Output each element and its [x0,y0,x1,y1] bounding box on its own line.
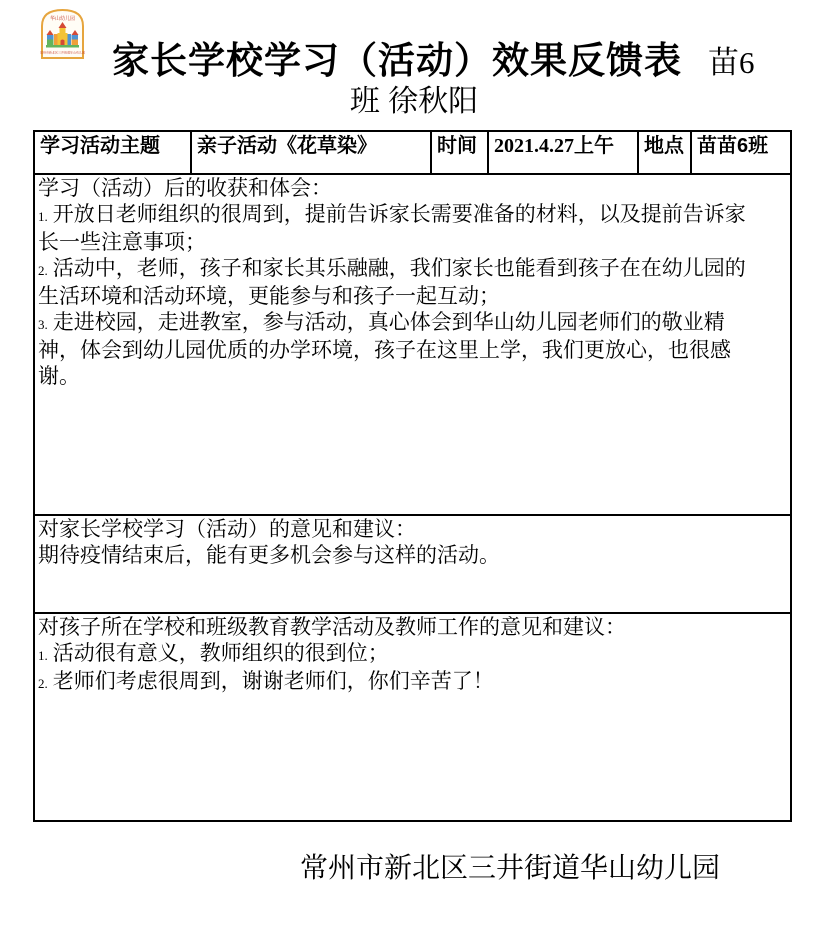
school-feedback-row: 对孩子所在学校和班级教育教学活动及教师工作的意见和建议： 1.活动很有意义，教师… [34,613,791,821]
page-title-text: 家长学校学习（活动）效果反馈表 [112,40,682,81]
title-block: 家长学校学习（活动）效果反馈表苗6 班 徐秋阳 [0,40,828,119]
theme-label-cell: 学习活动主题 [34,131,191,174]
activity-feedback-row: 对家长学校学习（活动）的意见和建议： 期待疫情结束后，能有更多机会参与这样的活动… [34,515,791,613]
document-page: 华山幼儿园 常州市新北区三井街道华山幼儿园 家长学校学习（活动）效果反馈表苗6 … [0,0,828,941]
time-value-cell: 2021.4.27上午 [488,131,638,174]
theme-value-cell: 亲子活动《花草染》 [191,131,431,174]
gains-item-1: 1.开放日老师组织的很周到，提前告诉家长需要准备的材料，以及提前告诉家 长一些注… [38,202,787,256]
school-feedback-item-2: 2.老师们考虑很周到，谢谢老师们，你们辛苦了！ [38,669,787,697]
activity-feedback-heading: 对家长学校学习（活动）的意见和建议： [38,517,787,543]
school-feedback-heading: 对孩子所在学校和班级教育教学活动及教师工作的意见和建议： [38,615,787,641]
class-and-student-name: 班 徐秋阳 [0,85,828,119]
class-label-part1: 苗6 [708,45,755,80]
feedback-form-table: 学习活动主题 亲子活动《花草染》 时间 2021.4.27上午 地点 苗苗6班 … [33,130,792,822]
gains-item-1-number: 1. [38,209,48,224]
school-feedback-item-1-text: 活动很有意义，教师组织的很到位； [53,642,389,665]
header-row: 学习活动主题 亲子活动《花草染》 时间 2021.4.27上午 地点 苗苗6班 [34,131,791,174]
activity-feedback-cell: 对家长学校学习（活动）的意见和建议： 期待疫情结束后，能有更多机会参与这样的活动… [34,515,791,613]
school-feedback-item-1-number: 1. [38,648,48,663]
gains-cell: 学习（活动）后的收获和体会： 1.开放日老师组织的很周到，提前告诉家长需要准备的… [34,174,791,515]
school-feedback-item-1: 1.活动很有意义，教师组织的很到位； [38,641,787,669]
gains-item-3-text: 走进校园，走进教室，参与活动，真心体会到华山幼儿园老师们的敬业精 神，体会到幼儿… [38,311,731,388]
gains-item-2-number: 2. [38,263,48,278]
gains-item-2-text: 活动中，老师，孩子和家长其乐融融，我们家长也能看到孩子在在幼儿园的 生活环境和活… [38,257,746,308]
place-label-cell: 地点 [638,131,691,174]
gains-item-2: 2.活动中，老师，孩子和家长其乐融融，我们家长也能看到孩子在在幼儿园的 生活环境… [38,256,787,310]
page-title: 家长学校学习（活动）效果反馈表苗6 [0,40,828,84]
place-value-cell: 苗苗6班 [691,131,791,174]
footer-school-name: 常州市新北区三井街道华山幼儿园 [300,851,720,885]
school-feedback-cell: 对孩子所在学校和班级教育教学活动及教师工作的意见和建议： 1.活动很有意义，教师… [34,613,791,821]
logo-top-text: 华山幼儿园 [50,15,75,22]
time-label-cell: 时间 [431,131,488,174]
activity-feedback-text: 期待疫情结束后，能有更多机会参与这样的活动。 [38,543,787,569]
school-feedback-item-2-number: 2. [38,676,48,691]
gains-item-3: 3.走进校园，走进教室，参与活动，真心体会到华山幼儿园老师们的敬业精 神，体会到… [38,310,787,390]
gains-item-1-text: 开放日老师组织的很周到，提前告诉家长需要准备的材料，以及提前告诉家 长一些注意事… [38,203,746,254]
school-feedback-item-2-text: 老师们考虑很周到，谢谢老师们，你们辛苦了！ [53,670,494,693]
gains-heading: 学习（活动）后的收获和体会： [38,176,787,202]
gains-row: 学习（活动）后的收获和体会： 1.开放日老师组织的很周到，提前告诉家长需要准备的… [34,174,791,515]
gains-item-3-number: 3. [38,317,48,332]
